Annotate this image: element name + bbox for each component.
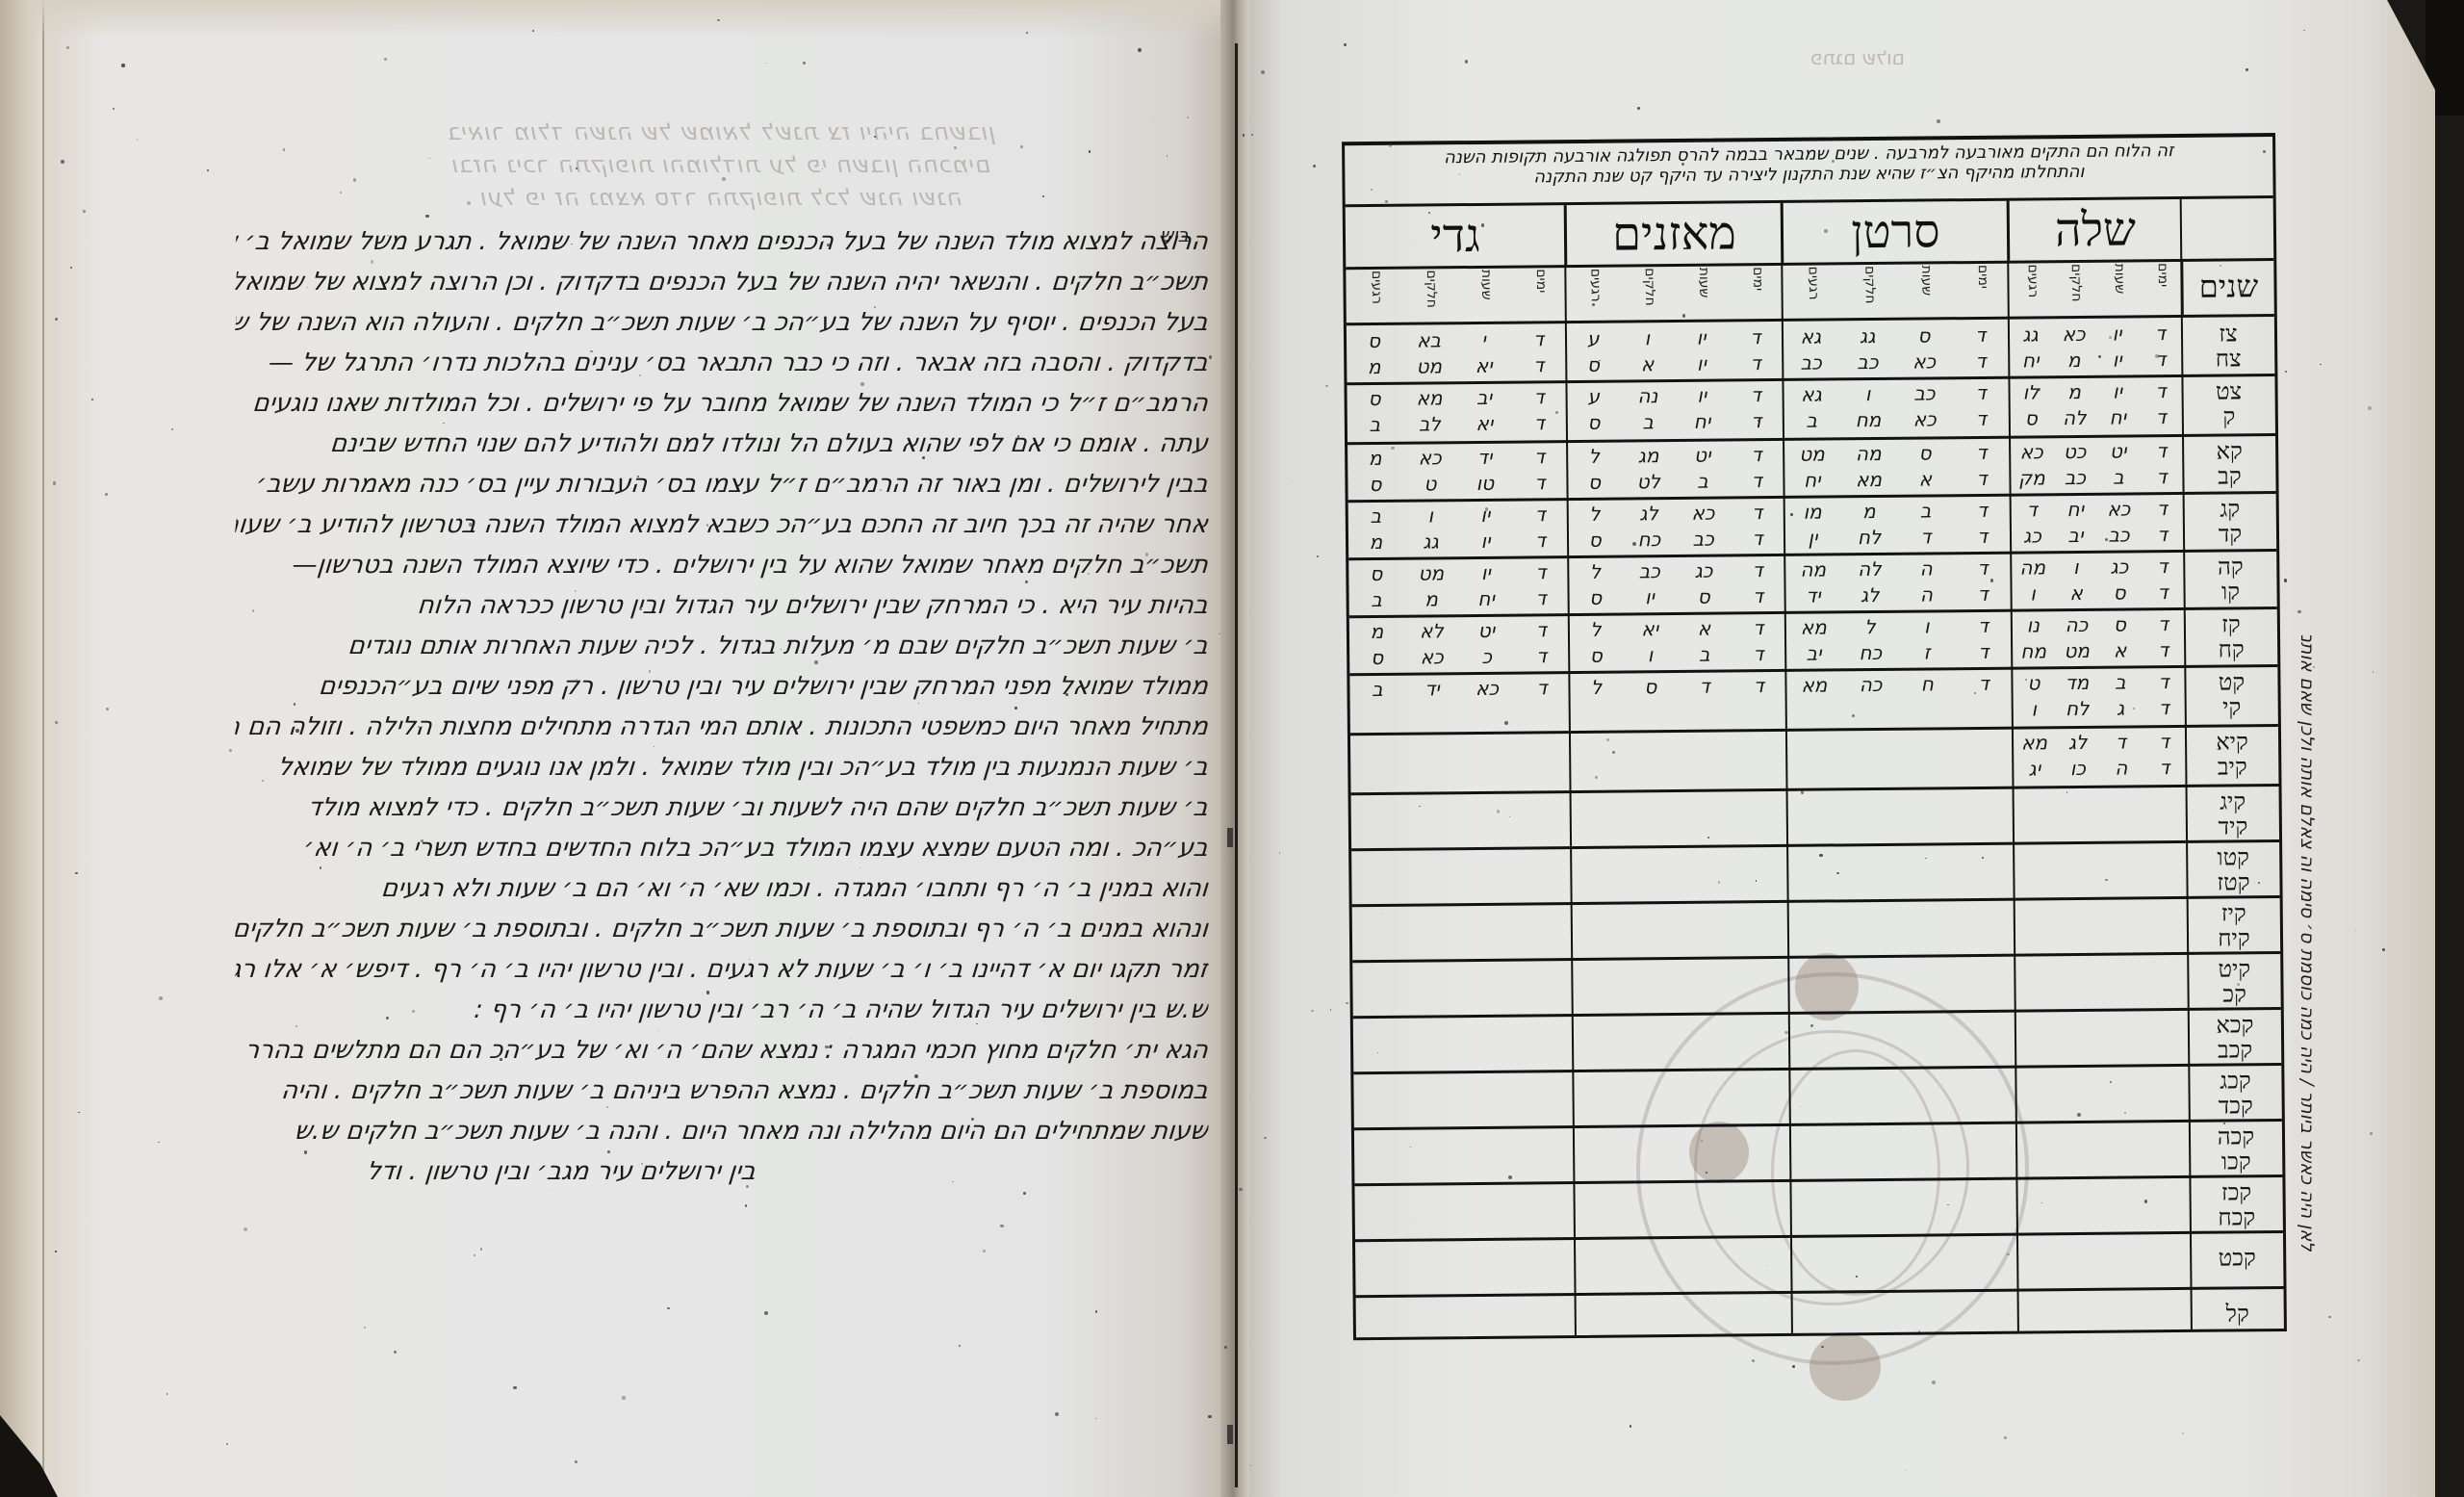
- paper-speck: [1239, 1188, 1243, 1192]
- table-cell: מח: [2011, 638, 2057, 664]
- paper-speck: [1264, 1137, 1267, 1140]
- paper-speck: [340, 192, 342, 194]
- table-cell: ד: [1516, 352, 1562, 378]
- table-cell: מ: [1351, 354, 1398, 380]
- unit-header-row: שנים ימיםשעותחלקיםרגעיםימיםשעותחלקיםרגעי…: [1346, 258, 2274, 325]
- table-cell: ט: [1407, 471, 1453, 497]
- table-cell: יו: [1679, 351, 1725, 377]
- paper-speck: [1990, 579, 1994, 582]
- paper-speck: [1317, 555, 1319, 557]
- table-cell: ו: [1845, 381, 1891, 407]
- year-value: קה: [2184, 554, 2276, 580]
- table-cell: ע: [1570, 326, 1616, 352]
- table-cell: ד: [2141, 729, 2187, 755]
- paper-speck: [2004, 1436, 2007, 1439]
- year-value: קכו: [2190, 1149, 2282, 1174]
- paper-speck: [55, 1251, 57, 1252]
- table-cell: ל: [1572, 502, 1618, 528]
- table-cell: לג: [2054, 730, 2100, 756]
- table-cell: ס: [1901, 323, 1947, 348]
- table-cell: ד: [1517, 470, 1563, 496]
- table-cell: ו: [1904, 613, 1950, 639]
- row-rule: [1352, 951, 2280, 963]
- handwritten-line: תשכ״ב חלקים . והנשאר יהיה השנה של בעל הכ…: [234, 262, 1210, 302]
- year-value: קו: [2184, 579, 2276, 605]
- table-cell: יד: [1462, 445, 1508, 471]
- table-cell: ב: [1352, 503, 1399, 529]
- table-cell: ד: [1735, 615, 1782, 641]
- row-rule: [1355, 1230, 2283, 1242]
- table-cell: כא: [2009, 439, 2055, 465]
- table-frame: זה הלוח הם התקים מאורבעה למרבעה . שנים ש…: [1342, 133, 2287, 1340]
- table-cell: מג: [1625, 443, 1671, 469]
- unit-header: רגעים: [2020, 264, 2040, 297]
- table-cell: ו: [1407, 503, 1453, 529]
- paper-speck: [814, 660, 818, 664]
- table-cell: גג: [2007, 322, 2053, 348]
- unit-header: רגעים: [1582, 269, 1602, 302]
- paper-speck: [474, 1254, 475, 1256]
- table-cell: ס: [1902, 440, 1948, 466]
- table-cell: ד: [1517, 444, 1563, 470]
- table-cell: ד: [1732, 382, 1779, 408]
- table-cell: גא: [1787, 323, 1834, 349]
- table-cell: יט: [2095, 438, 2142, 464]
- paper-speck: [641, 1163, 643, 1165]
- table-cell: יו: [2094, 378, 2141, 404]
- table-cell: ד: [1958, 348, 2004, 374]
- zodiac-header: סרטן: [1782, 201, 2009, 263]
- paper-speck: [364, 1327, 367, 1329]
- table-cell: כו: [2055, 756, 2101, 782]
- paper-speck: [121, 64, 125, 67]
- year-label: קיזקיח: [2188, 900, 2280, 951]
- binding-stitch: [1227, 828, 1233, 847]
- table-cell: מו: [1789, 499, 1835, 525]
- paper-speck: [880, 489, 882, 491]
- paper-speck: [1209, 355, 1212, 358]
- table-cell: ד: [1734, 526, 1781, 552]
- table-cell: ד: [2141, 695, 2187, 721]
- table-cell: ד: [1959, 498, 2005, 524]
- table-cell: כח: [1626, 527, 1672, 553]
- table-cell: ס: [1570, 352, 1616, 378]
- paper-speck: [607, 1150, 610, 1153]
- table-cell: ס: [2008, 405, 2054, 431]
- handwritten-line: ב׳ שעות תשכ״ב חלקים שבם מ׳ מעלות בגדול .…: [234, 626, 1210, 666]
- bleed-line: ועל פי זה נמצא סדר התקופות לכל שנה ושנה: [241, 181, 1203, 214]
- handwritten-line: ש.ש בין ירושלים עיר הגדול שהיה ב׳ ה׳ רב׳…: [234, 990, 1210, 1030]
- year-label: קל: [2192, 1301, 2284, 1327]
- table-cell: כב: [1788, 349, 1835, 375]
- binding-stitch: [1227, 1425, 1233, 1444]
- paper-speck: [500, 1058, 502, 1061]
- table-cell: ד: [1734, 583, 1781, 609]
- paper-speck: [91, 399, 93, 400]
- paper-speck: [469, 523, 472, 526]
- table-cell: כא: [1409, 644, 1455, 670]
- paper-speck: [1630, 1425, 1631, 1427]
- paper-speck: [2285, 371, 2287, 373]
- table-cell: כג: [1681, 557, 1727, 583]
- table-cell: ב: [1353, 587, 1399, 613]
- paper-speck: [637, 476, 639, 477]
- year-label: קכגקכד: [2189, 1068, 2281, 1119]
- year-label: קכט: [2191, 1245, 2283, 1271]
- year-value: קיט: [2188, 956, 2280, 982]
- table-cell: ס: [1573, 585, 1619, 611]
- zodiac-header: גדי: [1346, 205, 1566, 267]
- paper-speck: [2077, 1113, 2081, 1117]
- paper-speck: [2105, 879, 2107, 881]
- table-cell: יב: [2052, 523, 2098, 549]
- year-value: קב: [2183, 463, 2275, 489]
- paper-speck: [722, 177, 726, 181]
- table-cell: ס: [2096, 580, 2143, 606]
- handwritten-line: הרוצה למצוא מולד השנה של בעל הכנפים מאחר…: [234, 221, 1210, 262]
- table-cell: ב: [1903, 498, 1949, 524]
- table-cell: ע: [1571, 384, 1617, 410]
- table-cell: בא: [1405, 327, 1451, 353]
- table-cell: לג: [1626, 501, 1672, 527]
- table-cell: א: [2097, 637, 2143, 663]
- table-cell: ד: [2140, 554, 2186, 580]
- table-cell: יח: [1463, 586, 1509, 612]
- year-value: קז: [2185, 611, 2277, 637]
- unit-header: ימים: [1745, 267, 1764, 291]
- unit-header: שעות: [2107, 263, 2126, 294]
- table-cell: ד: [1961, 671, 2007, 697]
- table-cell: ד: [1517, 502, 1563, 528]
- table-cell: כ: [1464, 644, 1510, 670]
- year-value: צח: [2182, 346, 2274, 372]
- unit-header: חלקים: [1419, 270, 1438, 308]
- paper-speck: [496, 478, 497, 479]
- table-cell: ב: [2097, 669, 2143, 695]
- table-cell: מ: [2051, 379, 2097, 405]
- paper-speck: [207, 169, 209, 171]
- paper-speck: [639, 374, 641, 376]
- paper-speck: [2320, 364, 2322, 366]
- table-cell: ט: [2011, 670, 2057, 696]
- paper-speck: [1852, 714, 1855, 717]
- table-cell: יד: [1790, 582, 1836, 608]
- table-cell: א: [1625, 351, 1671, 377]
- table-cell: א: [1902, 466, 1948, 492]
- paper-speck: [295, 729, 299, 733]
- table-cell: ו: [1624, 325, 1670, 351]
- row-rule: [1356, 1286, 2284, 1298]
- table-cell: ס: [2096, 611, 2143, 637]
- year-label: קכהקכו: [2190, 1123, 2282, 1174]
- paper-speck: [262, 780, 264, 782]
- paper-speck: [1459, 173, 1460, 174]
- paper-speck: [53, 481, 57, 485]
- paper-speck: [1313, 165, 1316, 168]
- table-cell: י: [1460, 327, 1506, 353]
- paper-speck: [320, 866, 321, 868]
- table-cell: ס: [1571, 470, 1617, 496]
- table-cell: ד: [1960, 613, 2006, 639]
- table-cell: ד: [1518, 559, 1564, 585]
- handwritten-line: בין ירושלים עיר מגב׳ ובין טרשון . ודל: [234, 1151, 1210, 1192]
- table-cell: ד: [1733, 468, 1780, 494]
- paper-speck: [590, 350, 592, 352]
- paper-speck: [2086, 665, 2088, 667]
- left-page-edge: [0, 0, 44, 1497]
- paper-speck: [387, 235, 388, 236]
- table-cell: מה: [1790, 556, 1836, 582]
- paper-speck: [425, 215, 428, 218]
- table-cell: ד: [2137, 321, 2183, 347]
- table-cell: ד: [1518, 585, 1564, 611]
- table-cell: ל: [1847, 614, 1893, 640]
- table-cell: לה: [2051, 405, 2097, 431]
- table-cell: ל: [1572, 559, 1618, 585]
- unit-header: חלקים: [1857, 266, 1876, 304]
- table-cell: כה: [2053, 612, 2099, 638]
- table-cell: מה: [2010, 555, 2056, 581]
- paper-speck: [226, 1443, 228, 1445]
- paper-speck: [1595, 776, 1597, 778]
- paper-speck: [1243, 134, 1245, 136]
- paper-speck: [1224, 1346, 1227, 1349]
- paper-speck: [639, 607, 641, 609]
- table-cell: יח: [2094, 404, 2141, 430]
- table-cell: לג: [1847, 582, 1893, 608]
- table-cell: ד: [1681, 673, 1728, 699]
- year-label: קגקד: [2184, 496, 2276, 547]
- table-cell: כא: [1901, 348, 1947, 374]
- paper-speck: [860, 382, 864, 386]
- unit-header: רגעים: [1364, 271, 1383, 304]
- paper-speck: [1391, 447, 1395, 451]
- paper-speck: [706, 991, 709, 994]
- table-cell: יג: [2012, 756, 2058, 782]
- table-cell: מח: [1845, 407, 1891, 433]
- bleed-line: ביאור מולד השנה של שמואל לשנת צז ויהיה ב…: [241, 116, 1203, 148]
- table-cell: מט: [2054, 638, 2100, 664]
- paper-speck: [1095, 1418, 1096, 1419]
- table-cell: ו: [1627, 642, 1673, 668]
- table-cell: ד: [1733, 408, 1780, 434]
- table-cell: ד: [2009, 497, 2055, 523]
- table-cell: יח: [1789, 467, 1835, 493]
- paper-speck: [1197, 690, 1198, 691]
- table-cell: ד: [1958, 380, 2004, 406]
- table-cell: ד: [1733, 442, 1780, 468]
- paper-speck: [2038, 388, 2040, 391]
- tekufot-table: זה הלוח הם התקים מאורבעה למרבעה . שנים ש…: [1342, 133, 2287, 1340]
- year-value: קט: [2185, 669, 2277, 695]
- year-value: צז: [2182, 321, 2274, 347]
- paper-speck: [571, 244, 572, 245]
- handwritten-line: ונהוא במנים ב׳ ה׳ רף ובתוספת ב׳ שעות תשכ…: [234, 909, 1210, 949]
- table-cell: מא: [2011, 730, 2057, 756]
- table-cell: כא: [1464, 676, 1510, 702]
- table-cell: ל: [1573, 675, 1619, 701]
- paper-speck: [159, 996, 163, 1000]
- table-cell: מט: [1408, 560, 1454, 586]
- year-value: קכג: [2189, 1068, 2281, 1094]
- table-cell: ס: [1351, 386, 1398, 412]
- year-label: קיטקכ: [2188, 956, 2280, 1007]
- year-value: קכח: [2191, 1204, 2283, 1230]
- paper-speck: [295, 1025, 297, 1027]
- unit-header: שעות: [1691, 268, 1710, 298]
- year-label: קיגקיד: [2187, 788, 2279, 839]
- table-cell: ד: [1959, 440, 2005, 466]
- handwritten-line: במוספת ב׳ שעות תשכ״ב חלקים . נמצא ההפרש …: [234, 1071, 1210, 1111]
- table-cell: ד: [1519, 675, 1565, 701]
- paper-speck: [394, 1351, 397, 1354]
- table-cell: ה: [1903, 581, 1949, 607]
- paper-speck: [105, 493, 108, 496]
- table-cell: יח: [2052, 497, 2098, 523]
- paper-speck: [1145, 553, 1149, 556]
- paper-speck: [371, 260, 373, 263]
- table-cell: מ: [1408, 586, 1454, 612]
- table-cell: מט: [1406, 353, 1452, 379]
- paper-speck: [2263, 150, 2266, 153]
- paper-speck: [1187, 116, 1189, 118]
- row-rule: [1351, 839, 2279, 851]
- year-value: קח: [2185, 636, 2277, 662]
- year-label: קזקח: [2185, 611, 2277, 662]
- paper-speck: [1325, 385, 1327, 387]
- table-cell: יח: [2008, 348, 2054, 374]
- table-cell: מא: [1791, 672, 1837, 698]
- table-cell: מד: [2054, 670, 2100, 696]
- table-cell: ד: [1960, 581, 2006, 607]
- year-label: קאקב: [2183, 438, 2275, 489]
- table-cell: ד: [1735, 673, 1782, 699]
- table-cell: ס: [1681, 583, 1727, 609]
- paper-speck: [1138, 48, 1142, 52]
- table-cell: נה: [1625, 383, 1671, 409]
- paper-speck: [749, 959, 750, 960]
- table-cell: גא: [1788, 381, 1835, 407]
- table-cell: ס: [1628, 674, 1674, 700]
- paper-speck: [421, 839, 423, 842]
- table-cell: ה: [2098, 755, 2144, 781]
- table-cell: לח: [2054, 696, 2100, 722]
- paper-speck: [1508, 1175, 1512, 1179]
- paper-speck: [1311, 1010, 1313, 1012]
- unit-header: ימים: [1528, 269, 1548, 293]
- table-cell: ל: [1573, 617, 1619, 643]
- table-cell: יט: [1680, 442, 1726, 468]
- handwritten-line: בדקדוק . והסבה בזה אבאר . וזה כי כבר התב…: [234, 343, 1210, 383]
- table-cell: ד: [1516, 384, 1562, 410]
- paper-speck: [2328, 1316, 2330, 1318]
- handwritten-line: והוא במנין ב׳ ה׳ רף ותחבו׳ המגדה . וכמו …: [234, 868, 1210, 909]
- table-cell: כא: [2095, 496, 2142, 522]
- table-title: זה הלוח הם התקים מאורבעה למרבעה . שנים ש…: [1345, 137, 2273, 207]
- paper-speck: [2240, 290, 2243, 293]
- paper-speck: [874, 306, 876, 308]
- paper-speck: [229, 749, 232, 752]
- table-cell: מק: [2009, 465, 2055, 491]
- paper-speck: [1821, 1346, 1824, 1349]
- table-cell: ד: [1959, 466, 2005, 492]
- year-value: קטז: [2187, 869, 2279, 895]
- year-value: קיג: [2187, 788, 2279, 814]
- table-cell: מא: [1790, 614, 1836, 640]
- year-value: קיד: [2187, 813, 2279, 839]
- table-cell: כה: [1847, 672, 1893, 698]
- book-spread: ביאור מולד השנה של שמואל לשנת צז ויהיה ב…: [0, 0, 2464, 1497]
- year-value: קכט: [2191, 1245, 2283, 1271]
- paper-speck: [1824, 229, 1828, 233]
- handwritten-line: שעות שמתחילים הם היום מהלילה ונה מאחר הי…: [234, 1111, 1210, 1151]
- table-cell: ב: [1680, 468, 1726, 494]
- paper-speck: [779, 920, 780, 921]
- paper-speck: [55, 318, 58, 321]
- paper-speck: [922, 456, 925, 459]
- table-cell: ס: [1352, 472, 1399, 498]
- paper-speck: [976, 1023, 978, 1025]
- paper-speck: [1918, 1330, 1919, 1331]
- gutter-rule: [1235, 43, 1238, 1487]
- table-cell: ב: [1625, 409, 1671, 435]
- table-cell: ב: [1681, 641, 1728, 667]
- unit-header: שעות: [1474, 270, 1493, 300]
- table-cell: יד: [1409, 676, 1455, 702]
- year-label: צטק: [2182, 378, 2274, 429]
- table-cell: ד: [2097, 729, 2143, 755]
- table-cell: ד: [1958, 323, 2004, 348]
- handwritten-line: בע״הכ . ומה הטעם שמצא עצמו המולד בע״הכ ב…: [234, 828, 1210, 868]
- paper-speck: [764, 1311, 768, 1315]
- table-cell: ד: [1960, 555, 2006, 581]
- table-cell: ג: [2097, 695, 2143, 721]
- table-cell: ד: [2139, 496, 2185, 522]
- paper-speck: [1784, 1031, 1787, 1034]
- table-cell: כא: [1902, 406, 1948, 432]
- paper-speck: [1790, 513, 1792, 515]
- paper-speck: [874, 136, 876, 138]
- paper-speck: [2066, 791, 2068, 793]
- table-cell: לט: [1626, 469, 1672, 495]
- year-value: קטו: [2187, 844, 2279, 870]
- year-value: קכא: [2189, 1012, 2281, 1038]
- header-bleed-through: פתגם שלום: [1732, 46, 1983, 69]
- table-cell: ד: [2139, 464, 2185, 490]
- year-value: קכב: [2189, 1037, 2281, 1063]
- paper-speck: [1982, 857, 1984, 859]
- year-value: צט: [2182, 378, 2274, 404]
- table-cell: ס: [1354, 645, 1400, 671]
- table-cell: ד: [1519, 643, 1565, 669]
- unit-header: שעות: [1913, 265, 1933, 296]
- table-cell: לא: [1408, 618, 1454, 644]
- table-cell: כג: [2096, 554, 2143, 580]
- table-cell: כב: [2052, 465, 2098, 491]
- paper-speck: [1023, 1192, 1026, 1195]
- row-rule: [1351, 784, 2279, 795]
- paper-speck: [971, 1118, 974, 1121]
- paper-speck: [1353, 1336, 1355, 1338]
- table-cell: נו: [2010, 612, 2056, 638]
- paper-speck: [606, 1106, 608, 1108]
- paper-speck: [717, 19, 719, 21]
- handwritten-line: אחר שהיה זה בכך חיוב זה החכם בע״הכ כשבא …: [234, 504, 1210, 545]
- table-cell: ד: [1735, 641, 1782, 667]
- year-value: קל: [2192, 1301, 2284, 1327]
- table-cell: ד: [1732, 350, 1779, 376]
- table-cell: לו: [2008, 379, 2054, 405]
